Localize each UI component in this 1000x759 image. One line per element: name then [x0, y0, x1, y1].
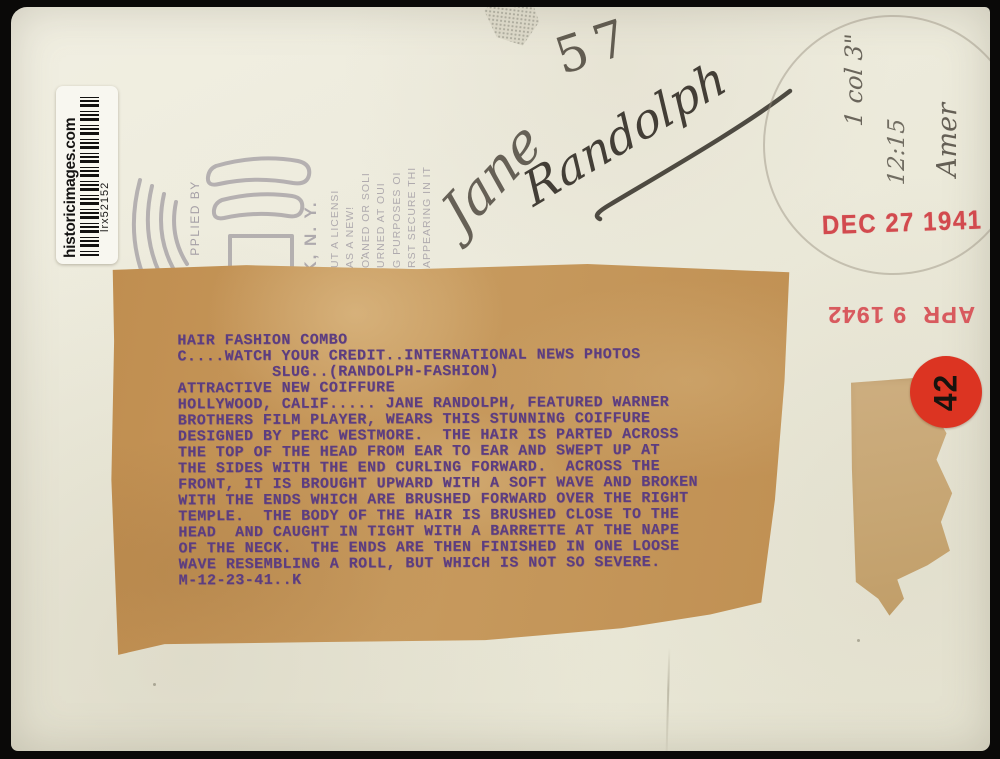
number-sticker: 42 [910, 356, 982, 428]
caption-line: M-12-23-41..K [179, 571, 699, 590]
scanned-photo-back: PPLIED BY K, N. Y. UT A LICENSI AS A NEW… [0, 0, 1000, 759]
caption-line: WAVE RESEMBLING A ROLL, BUT WHICH IS NOT… [179, 555, 699, 574]
date-stamp-dec-1941: DEC 27 1941 [821, 206, 967, 244]
vendor-id-text: lrx52152 [99, 92, 112, 258]
sticker-number: 42 [928, 373, 965, 411]
photo-verso-paper: PPLIED BY K, N. Y. UT A LICENSI AS A NEW… [11, 7, 990, 751]
dust-speck [857, 639, 860, 642]
date-stamp-apr-1942: APR 9 1942 [825, 300, 975, 328]
barcode-icon [80, 94, 99, 256]
caption-slip: HAIR FASHION COMBO C....WATCH YOUR CREDI… [110, 262, 792, 658]
vendor-site-text: historicimages.com [62, 92, 79, 258]
dust-speck [361, 257, 363, 259]
vendor-barcode-label: historicimages.com lrx52152 [56, 86, 118, 264]
dust-speck [153, 683, 156, 686]
typed-caption-text: HAIR FASHION COMBO C....WATCH YOUR CREDI… [177, 331, 698, 590]
